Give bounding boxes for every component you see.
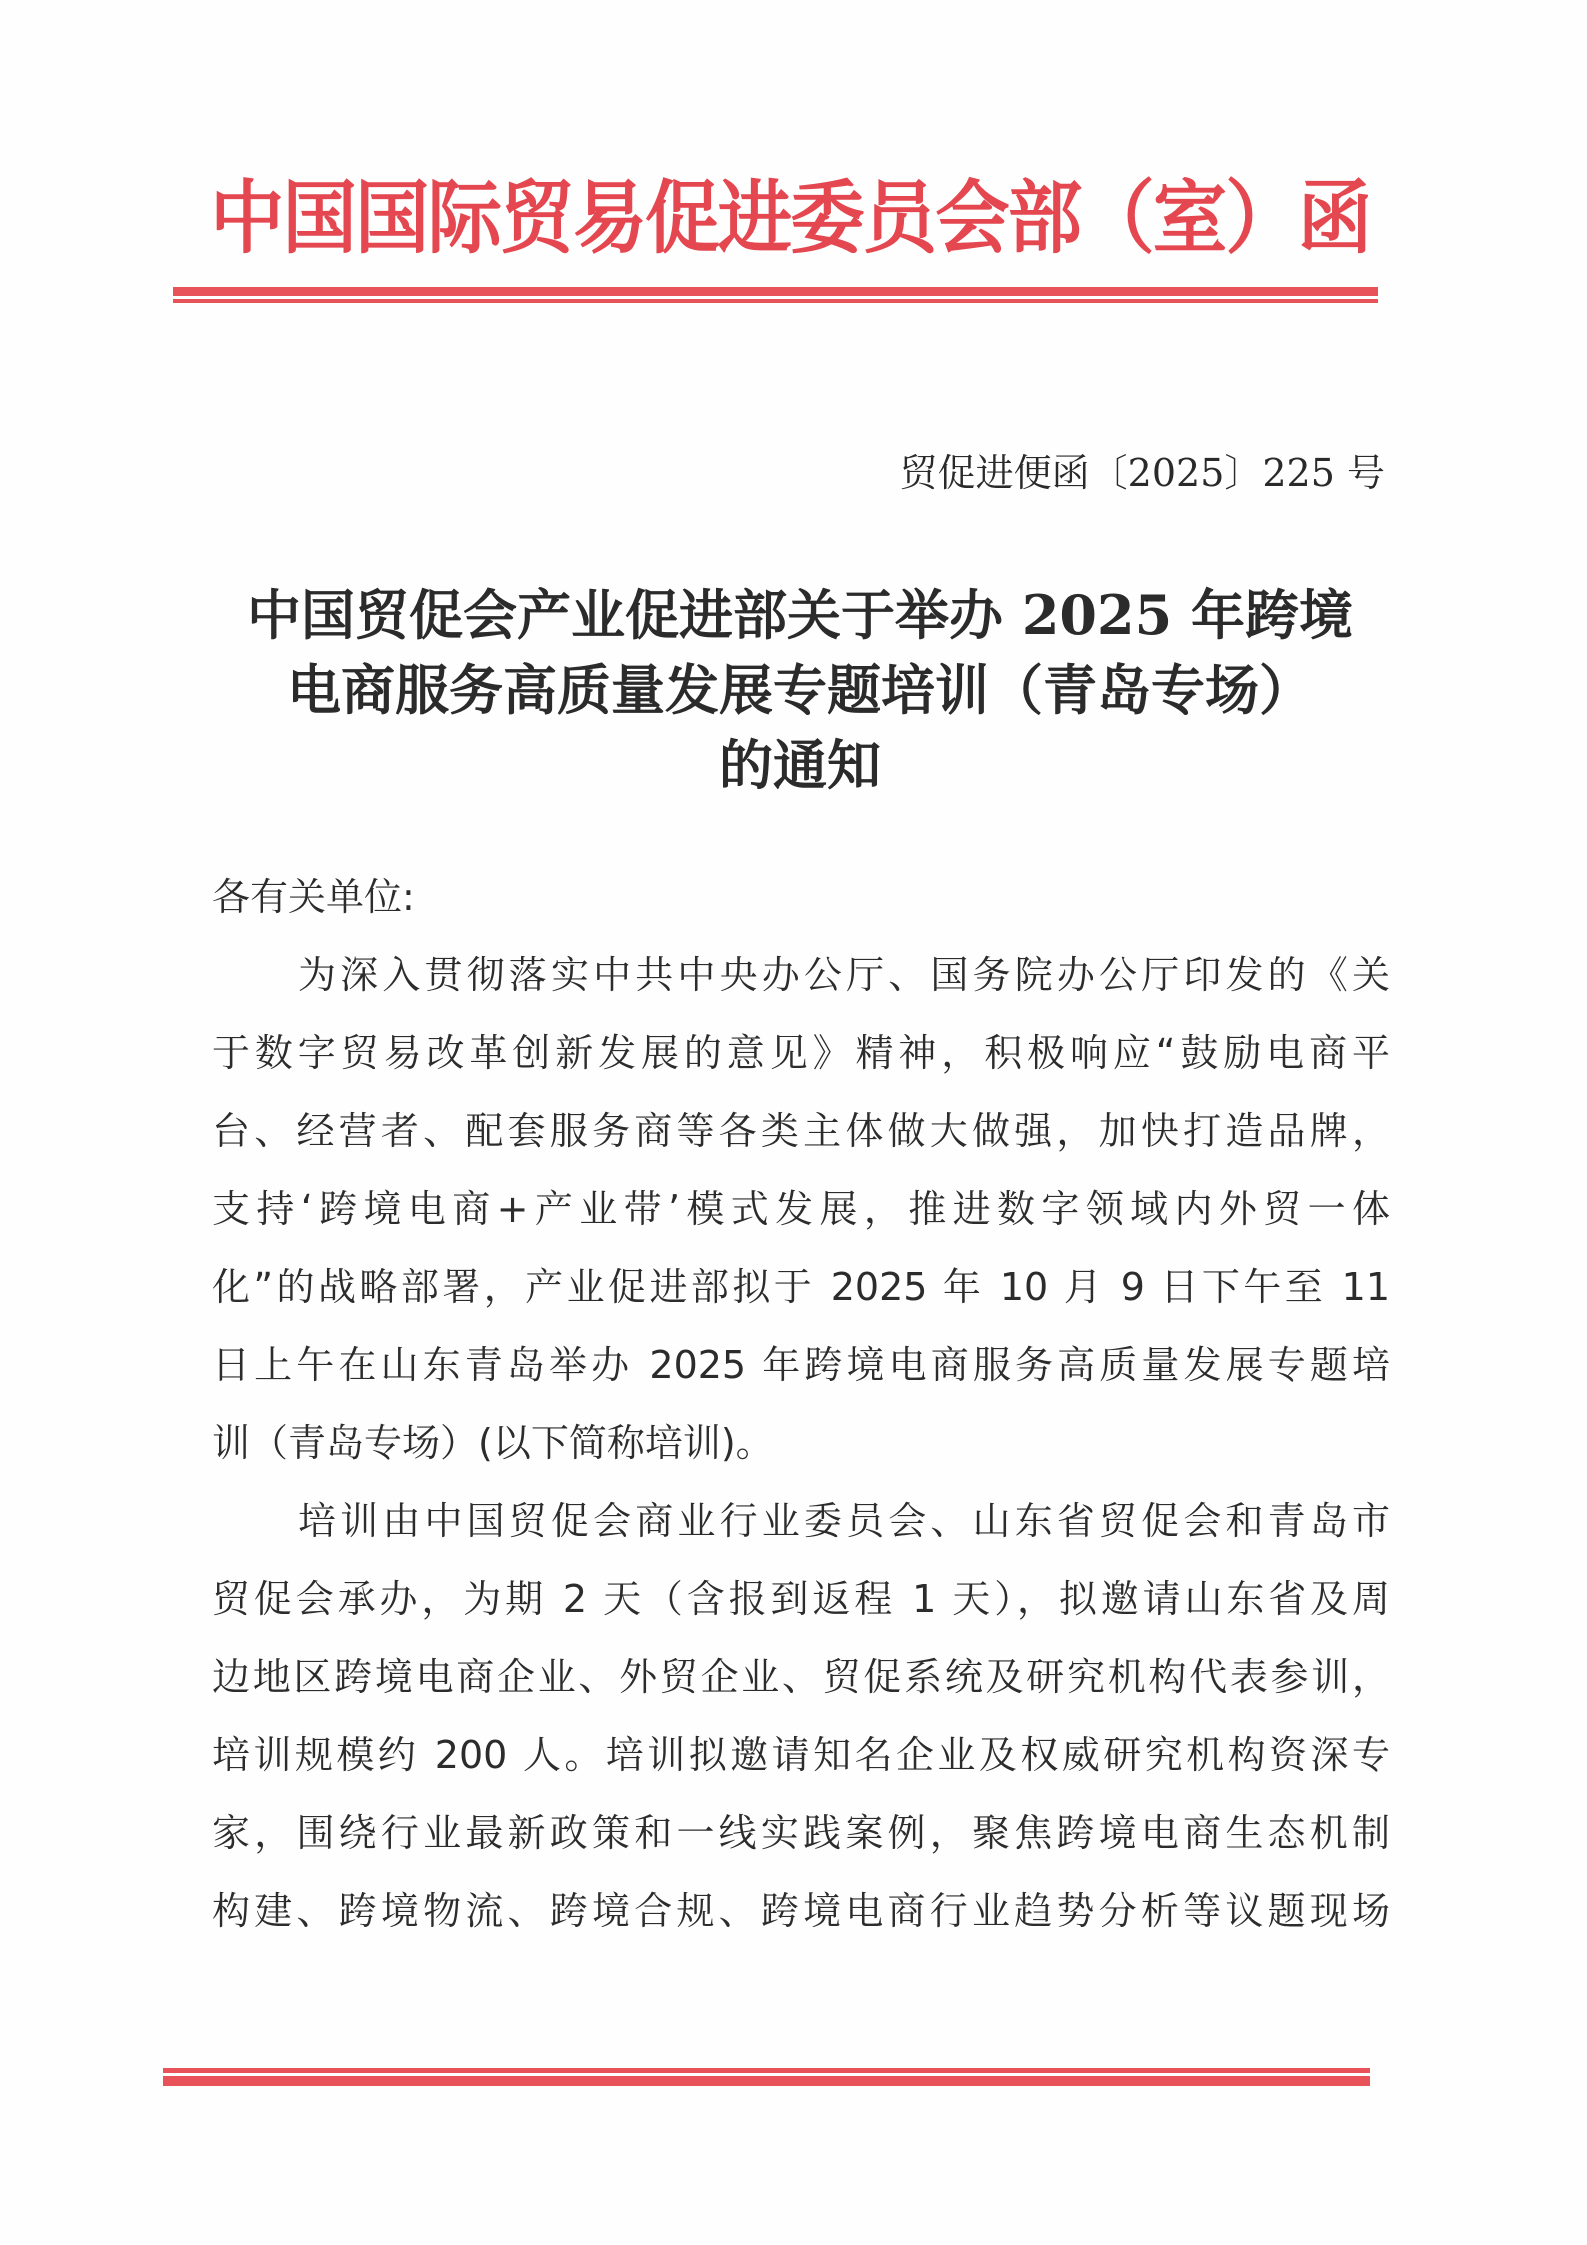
letterhead-title: 中国国际贸易促进委员会部（室）函 (210, 166, 1337, 271)
title-line: 电商服务高质量发展专题培训（青岛专场） (200, 653, 1400, 728)
document-number: 贸促进便函〔2025〕225 号 (900, 448, 1385, 498)
letterhead-rule-thick (173, 287, 1378, 296)
body-line: 培训规模约 200 人。培训拟邀请知名企业及权威研究机构资深专 (212, 1716, 1390, 1794)
body-line: 台、经营者、配套服务商等各类主体做大做强，加快打造品牌， (212, 1092, 1390, 1170)
body-line: 培训由中国贸促会商业行业委员会、山东省贸促会和青岛市 (212, 1482, 1390, 1560)
body-line: 训（青岛专场）(以下简称培训)。 (212, 1404, 1390, 1482)
title-line: 中国贸促会产业促进部关于举办 2025 年跨境 (200, 578, 1400, 653)
document-page: 中国国际贸易促进委员会部（室）函 贸促进便函〔2025〕225 号 中国贸促会产… (0, 0, 1587, 2245)
body-line: 贸促会承办，为期 2 天（含报到返程 1 天），拟邀请山东省及周 (212, 1560, 1390, 1638)
document-body: 各有关单位: 为深入贯彻落实中共中央办公厅、国务院办公厅印发的《关 于数字贸易改… (212, 858, 1390, 1950)
body-line: 构建、跨境物流、跨境合规、跨境电商行业趋势分析等议题现场 (212, 1872, 1390, 1950)
letterhead-rule-thin (173, 299, 1378, 303)
body-line: 支持‘跨境电商+产业带’模式发展，推进数字领域内外贸一体 (212, 1170, 1390, 1248)
body-line: 边地区跨境电商企业、外贸企业、贸促系统及研究机构代表参训， (212, 1638, 1390, 1716)
body-line: 于数字贸易改革创新发展的意见》精神，积极响应“鼓励电商平 (212, 1014, 1390, 1092)
salutation: 各有关单位: (212, 858, 1390, 936)
footer-rule-thin (163, 2068, 1370, 2073)
document-title: 中国贸促会产业促进部关于举办 2025 年跨境 电商服务高质量发展专题培训（青岛… (200, 578, 1400, 803)
body-line: 化”的战略部署，产业促进部拟于 2025 年 10 月 9 日下午至 11 (212, 1248, 1390, 1326)
title-line: 的通知 (200, 728, 1400, 803)
body-line: 日上午在山东青岛举办 2025 年跨境电商服务高质量发展专题培 (212, 1326, 1390, 1404)
footer-rule-thick (163, 2076, 1370, 2086)
body-line: 家，围绕行业最新政策和一线实践案例，聚焦跨境电商生态机制 (212, 1794, 1390, 1872)
body-line: 为深入贯彻落实中共中央办公厅、国务院办公厅印发的《关 (212, 936, 1390, 1014)
